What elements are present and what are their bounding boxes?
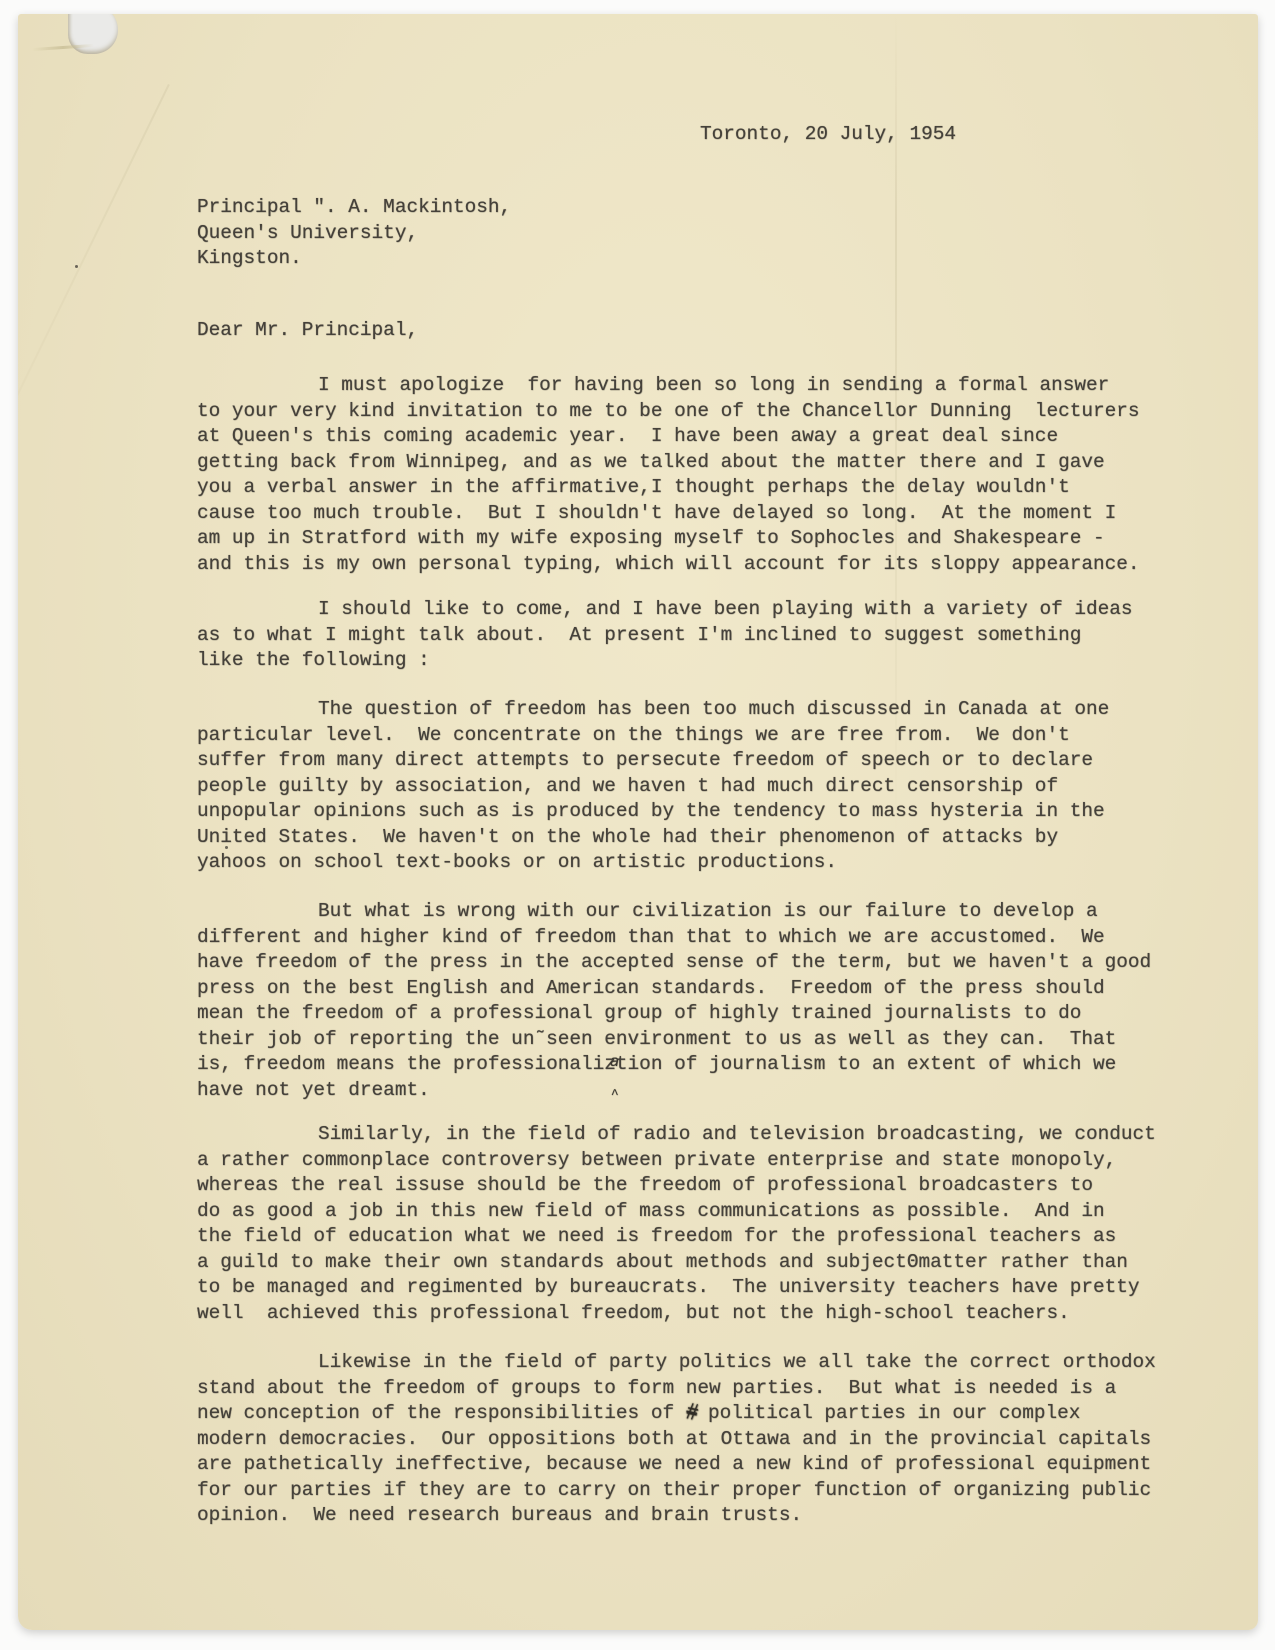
typed-line: well achieved this professional freedom,… bbox=[197, 1301, 1156, 1327]
typed-line: particular level. We concentrate on the … bbox=[197, 723, 1109, 749]
typed-line: opinion. We need research bureaus and br… bbox=[197, 1503, 1156, 1529]
typed-text: political parties in our complex bbox=[696, 1402, 1080, 1424]
typed-text: tion of journalism to an extent of which… bbox=[616, 1053, 1116, 1075]
typed-line: yahoos on school text-books or on artist… bbox=[197, 850, 1109, 876]
typed-line-with-strikeover: new conception of the responsibilities o… bbox=[197, 1401, 1156, 1427]
typed-line: as to what I might talk about. At presen… bbox=[197, 623, 1133, 649]
paragraph-4: But what is wrong with our civilization … bbox=[197, 899, 1151, 1103]
typed-line: people guilty by association, and we hav… bbox=[197, 774, 1109, 800]
insertion-caret: ^ bbox=[611, 1082, 619, 1108]
typed-line: do as good a job in this new field of ma… bbox=[197, 1199, 1156, 1225]
typed-line: a guild to make their own standards abou… bbox=[197, 1250, 1156, 1276]
typed-line: Principal ". A. Mackintosh, bbox=[197, 195, 511, 221]
letter-sheet: Toronto, 20 July, 1954 Principal ". A. M… bbox=[18, 14, 1258, 1630]
typed-line: getting back from Winnipeg, and as we ta… bbox=[197, 450, 1140, 476]
typed-line: for our parties if they are to carry on … bbox=[197, 1478, 1156, 1504]
typed-line: United States. We haven't on the whole h… bbox=[197, 825, 1109, 851]
typed-line: Kingston. bbox=[197, 246, 511, 272]
typed-line: to be managed and regimented by bureaucr… bbox=[197, 1275, 1156, 1301]
ink-speck bbox=[75, 265, 78, 268]
typed-line: their job of reporting the un˜seen envir… bbox=[197, 1027, 1151, 1053]
typed-text: is, freedom means the professionaliz bbox=[197, 1053, 616, 1075]
paragraph-1: I must apologize for having been so long… bbox=[197, 373, 1140, 577]
typed-line: a rather commonplace controversy between… bbox=[197, 1148, 1156, 1174]
typed-line: different and higher kind of freedom tha… bbox=[197, 925, 1151, 951]
typed-line: I must apologize for having been so long… bbox=[197, 373, 1140, 399]
typed-line: suffer from many direct attempts to pers… bbox=[197, 748, 1109, 774]
dateline: Toronto, 20 July, 1954 bbox=[700, 122, 956, 148]
typed-line: to your very kind invitation to me to be… bbox=[197, 399, 1140, 425]
typed-line: unpopular opinions such as is produced b… bbox=[197, 799, 1109, 825]
paragraph-6: Likewise in the field of party politics … bbox=[197, 1350, 1156, 1529]
typed-line: and this is my own personal typing, whic… bbox=[197, 552, 1140, 578]
typed-line: modern democracies. Our oppositions both… bbox=[197, 1427, 1156, 1453]
paragraph-5: Similarly, in the field of radio and tel… bbox=[197, 1122, 1156, 1326]
typed-line: am up in Stratford with my wife exposing… bbox=[197, 526, 1140, 552]
typed-line: at Queen's this coming academic year. I … bbox=[197, 424, 1140, 450]
typed-line: like the following : bbox=[197, 648, 1133, 674]
typed-line: Similarly, in the field of radio and tel… bbox=[197, 1122, 1156, 1148]
typed-line: But what is wrong with our civilization … bbox=[197, 899, 1151, 925]
paragraph-3: The question of freedom has been too muc… bbox=[197, 697, 1109, 876]
typed-line: have not yet dreamt. bbox=[197, 1078, 1151, 1104]
typed-line: Toronto, 20 July, 1954 bbox=[700, 122, 956, 148]
inserted-letter: a bbox=[610, 1052, 619, 1070]
typed-line: stand about the freedom of groups to for… bbox=[197, 1376, 1156, 1402]
typed-line: whereas the real issuse should be the fr… bbox=[197, 1173, 1156, 1199]
salutation: Dear Mr. Principal, bbox=[197, 318, 418, 344]
typed-line: press on the best English and American s… bbox=[197, 976, 1151, 1002]
typed-line: cause too much trouble. But I shouldn't … bbox=[197, 501, 1140, 527]
typed-line: the field of education what we need is f… bbox=[197, 1224, 1156, 1250]
typed-line: you a verbal answer in the affirmative,I… bbox=[197, 475, 1140, 501]
typed-line: are pathetically ineffective, because we… bbox=[197, 1452, 1156, 1478]
recipient-address: Principal ". A. Mackintosh, Queen's Univ… bbox=[197, 195, 511, 272]
typed-line: I should like to come, and I have been p… bbox=[197, 597, 1133, 623]
typed-line: Queen's University, bbox=[197, 221, 511, 247]
typed-line: have freedom of the press in the accepte… bbox=[197, 950, 1151, 976]
typed-text: new conception of the responsibilities o… bbox=[197, 1402, 686, 1424]
typed-line: Dear Mr. Principal, bbox=[197, 318, 418, 344]
typed-line-with-insertion: is, freedom means the professionaliza^ti… bbox=[197, 1052, 1151, 1078]
paragraph-2: I should like to come, and I have been p… bbox=[197, 597, 1133, 674]
typed-line: The question of freedom has been too muc… bbox=[197, 697, 1109, 723]
typed-line: Likewise in the field of party politics … bbox=[197, 1350, 1156, 1376]
diagonal-crease bbox=[18, 84, 170, 471]
typed-line: mean the freedom of a professional group… bbox=[197, 1001, 1151, 1027]
